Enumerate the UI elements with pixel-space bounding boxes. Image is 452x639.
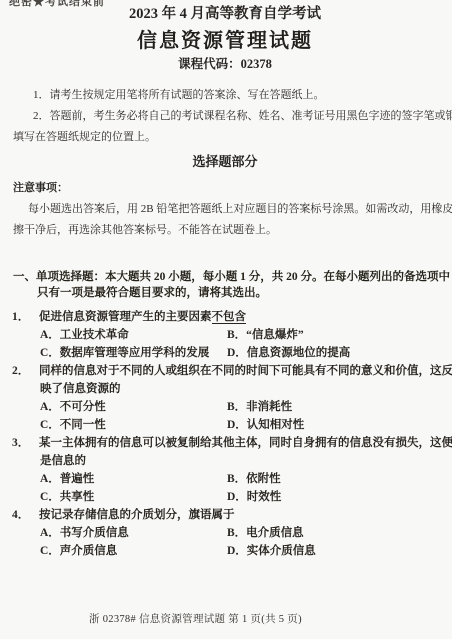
- question-2-option-a: A．不可分性: [40, 398, 227, 416]
- notes-label: 注意事项：: [13, 178, 437, 199]
- part-one-header: 一、单项选择题：本大题共 20 小题，每小题 1 分，共 20 分。在每小题列出…: [13, 269, 437, 301]
- question-1-option-a: A．工业技术革命: [40, 326, 227, 344]
- question-1-options-row-2: C．数据库管理等应用学科的发展 D．信息资源地位的提高: [13, 344, 437, 362]
- question-3-number: 3．: [12, 434, 39, 452]
- question-3: 3． 某一主体拥有的信息可以被复制给其他主体，同时自身拥有的信息没有损失，这便 …: [13, 434, 437, 506]
- question-4-option-b: B．电介质信息: [227, 524, 437, 542]
- question-2-stem-wrap: 映了信息资源的: [13, 380, 437, 398]
- part-one-header-line-1: 一、单项选择题：本大题共 20 小题，每小题 1 分，共 20 分。在每小题列出…: [13, 269, 437, 285]
- question-4-options-row-2: C．声介质信息 D．实体介质信息: [13, 542, 437, 560]
- question-4-options-row-1: A．书写介质信息 B．电介质信息: [13, 524, 437, 542]
- question-1-stem: 1． 促进信息资源管理产生的主要因素不包含: [13, 308, 437, 326]
- question-3-option-b: B．依附性: [227, 470, 437, 488]
- question-1-underlined-term: 不包含: [212, 311, 247, 324]
- instruction-2: 2．答题前，考生务必将自己的考试课程名称、姓名、准考证号用黑色字迹的签字笔或钢笔: [13, 106, 437, 127]
- question-4-option-c: C．声介质信息: [40, 542, 227, 560]
- part-one-header-line-2: 只有一项是最符合题目要求的，请将其选出。: [13, 285, 437, 301]
- question-1-option-c: C．数据库管理等应用学科的发展: [40, 344, 227, 362]
- question-3-option-c: C．共享性: [40, 488, 227, 506]
- question-2-stem-text: 同样的信息对于不同的人或组织在不同的时间下可能具有不同的意义和价值，这反: [39, 362, 452, 380]
- question-2-option-c: C．不同一性: [40, 416, 227, 434]
- general-instructions: 1．请考生按规定用笔将所有试题的答案涂、写在答题纸上。 2．答题前，考生务必将自…: [13, 85, 437, 148]
- question-1-option-d: D．信息资源地位的提高: [227, 344, 437, 362]
- question-3-option-a: A．普遍性: [40, 470, 227, 488]
- notes-line-1: 每小题选出答案后，用 2B 铅笔把答题纸上对应题目的答案标号涂黑。如需改动，用橡…: [13, 199, 437, 220]
- secrecy-header-clipped: 绝密★考试结束前: [9, 0, 105, 8]
- question-2-stem: 2． 同样的信息对于不同的人或组织在不同的时间下可能具有不同的意义和价值，这反: [13, 362, 437, 380]
- question-1-stem-text: 促进信息资源管理产生的主要因素不包含: [39, 308, 246, 326]
- question-3-options-row-2: C．共享性 D．时效性: [13, 488, 437, 506]
- question-3-stem: 3． 某一主体拥有的信息可以被复制给其他主体，同时自身拥有的信息没有损失，这便: [13, 434, 437, 452]
- question-4-stem-text: 按记录存储信息的介质划分，旗语属于: [39, 506, 235, 524]
- answer-notes: 注意事项： 每小题选出答案后，用 2B 铅笔把答题纸上对应题目的答案标号涂黑。如…: [13, 178, 437, 241]
- question-4-number: 4．: [12, 506, 39, 524]
- instruction-2-wrap: 填写在答题纸规定的位置上。: [13, 127, 437, 148]
- notes-line-2: 擦干净后，再选涂其他答案标号。不能答在试题卷上。: [13, 220, 437, 241]
- question-4-option-a: A．书写介质信息: [40, 524, 227, 542]
- question-2-options-row-1: A．不可分性 B．非消耗性: [13, 398, 437, 416]
- page-footer: 浙 02378# 信息资源管理试题 第 1 页(共 5 页): [89, 613, 302, 627]
- section-title-multiple-choice: 选择题部分: [13, 151, 437, 172]
- question-4-option-d: D．实体介质信息: [227, 542, 437, 560]
- instruction-1: 1．请考生按规定用笔将所有试题的答案涂、写在答题纸上。: [13, 85, 437, 106]
- question-1-number: 1．: [12, 308, 39, 326]
- question-3-options-row-1: A．普遍性 B．依附性: [13, 470, 437, 488]
- question-1: 1． 促进信息资源管理产生的主要因素不包含 A．工业技术革命 B．“信息爆炸” …: [13, 308, 437, 362]
- exam-paper-page: 绝密★考试结束前 2023 年 4 月高等教育自学考试 信息资源管理试题 课程代…: [0, 5, 452, 639]
- question-4-stem: 4． 按记录存储信息的介质划分，旗语属于: [13, 506, 437, 524]
- course-code: 课程代码：02378: [13, 56, 437, 72]
- question-3-stem-text: 某一主体拥有的信息可以被复制给其他主体，同时自身拥有的信息没有损失，这便: [39, 434, 452, 452]
- question-4: 4． 按记录存储信息的介质划分，旗语属于 A．书写介质信息 B．电介质信息 C．…: [13, 506, 437, 560]
- question-3-stem-wrap: 是信息的: [13, 452, 437, 470]
- question-2-option-d: D．认知相对性: [227, 416, 437, 434]
- exam-subject-title: 信息资源管理试题: [13, 30, 437, 52]
- question-1-option-b: B．“信息爆炸”: [227, 326, 437, 344]
- question-2-number: 2．: [12, 362, 39, 380]
- question-3-option-d: D．时效性: [227, 488, 437, 506]
- question-1-options-row-1: A．工业技术革命 B．“信息爆炸”: [13, 326, 437, 344]
- question-list: 1． 促进信息资源管理产生的主要因素不包含 A．工业技术革命 B．“信息爆炸” …: [13, 308, 437, 560]
- question-2-options-row-2: C．不同一性 D．认知相对性: [13, 416, 437, 434]
- question-2: 2． 同样的信息对于不同的人或组织在不同的时间下可能具有不同的意义和价值，这反 …: [13, 362, 437, 434]
- question-2-option-b: B．非消耗性: [227, 398, 437, 416]
